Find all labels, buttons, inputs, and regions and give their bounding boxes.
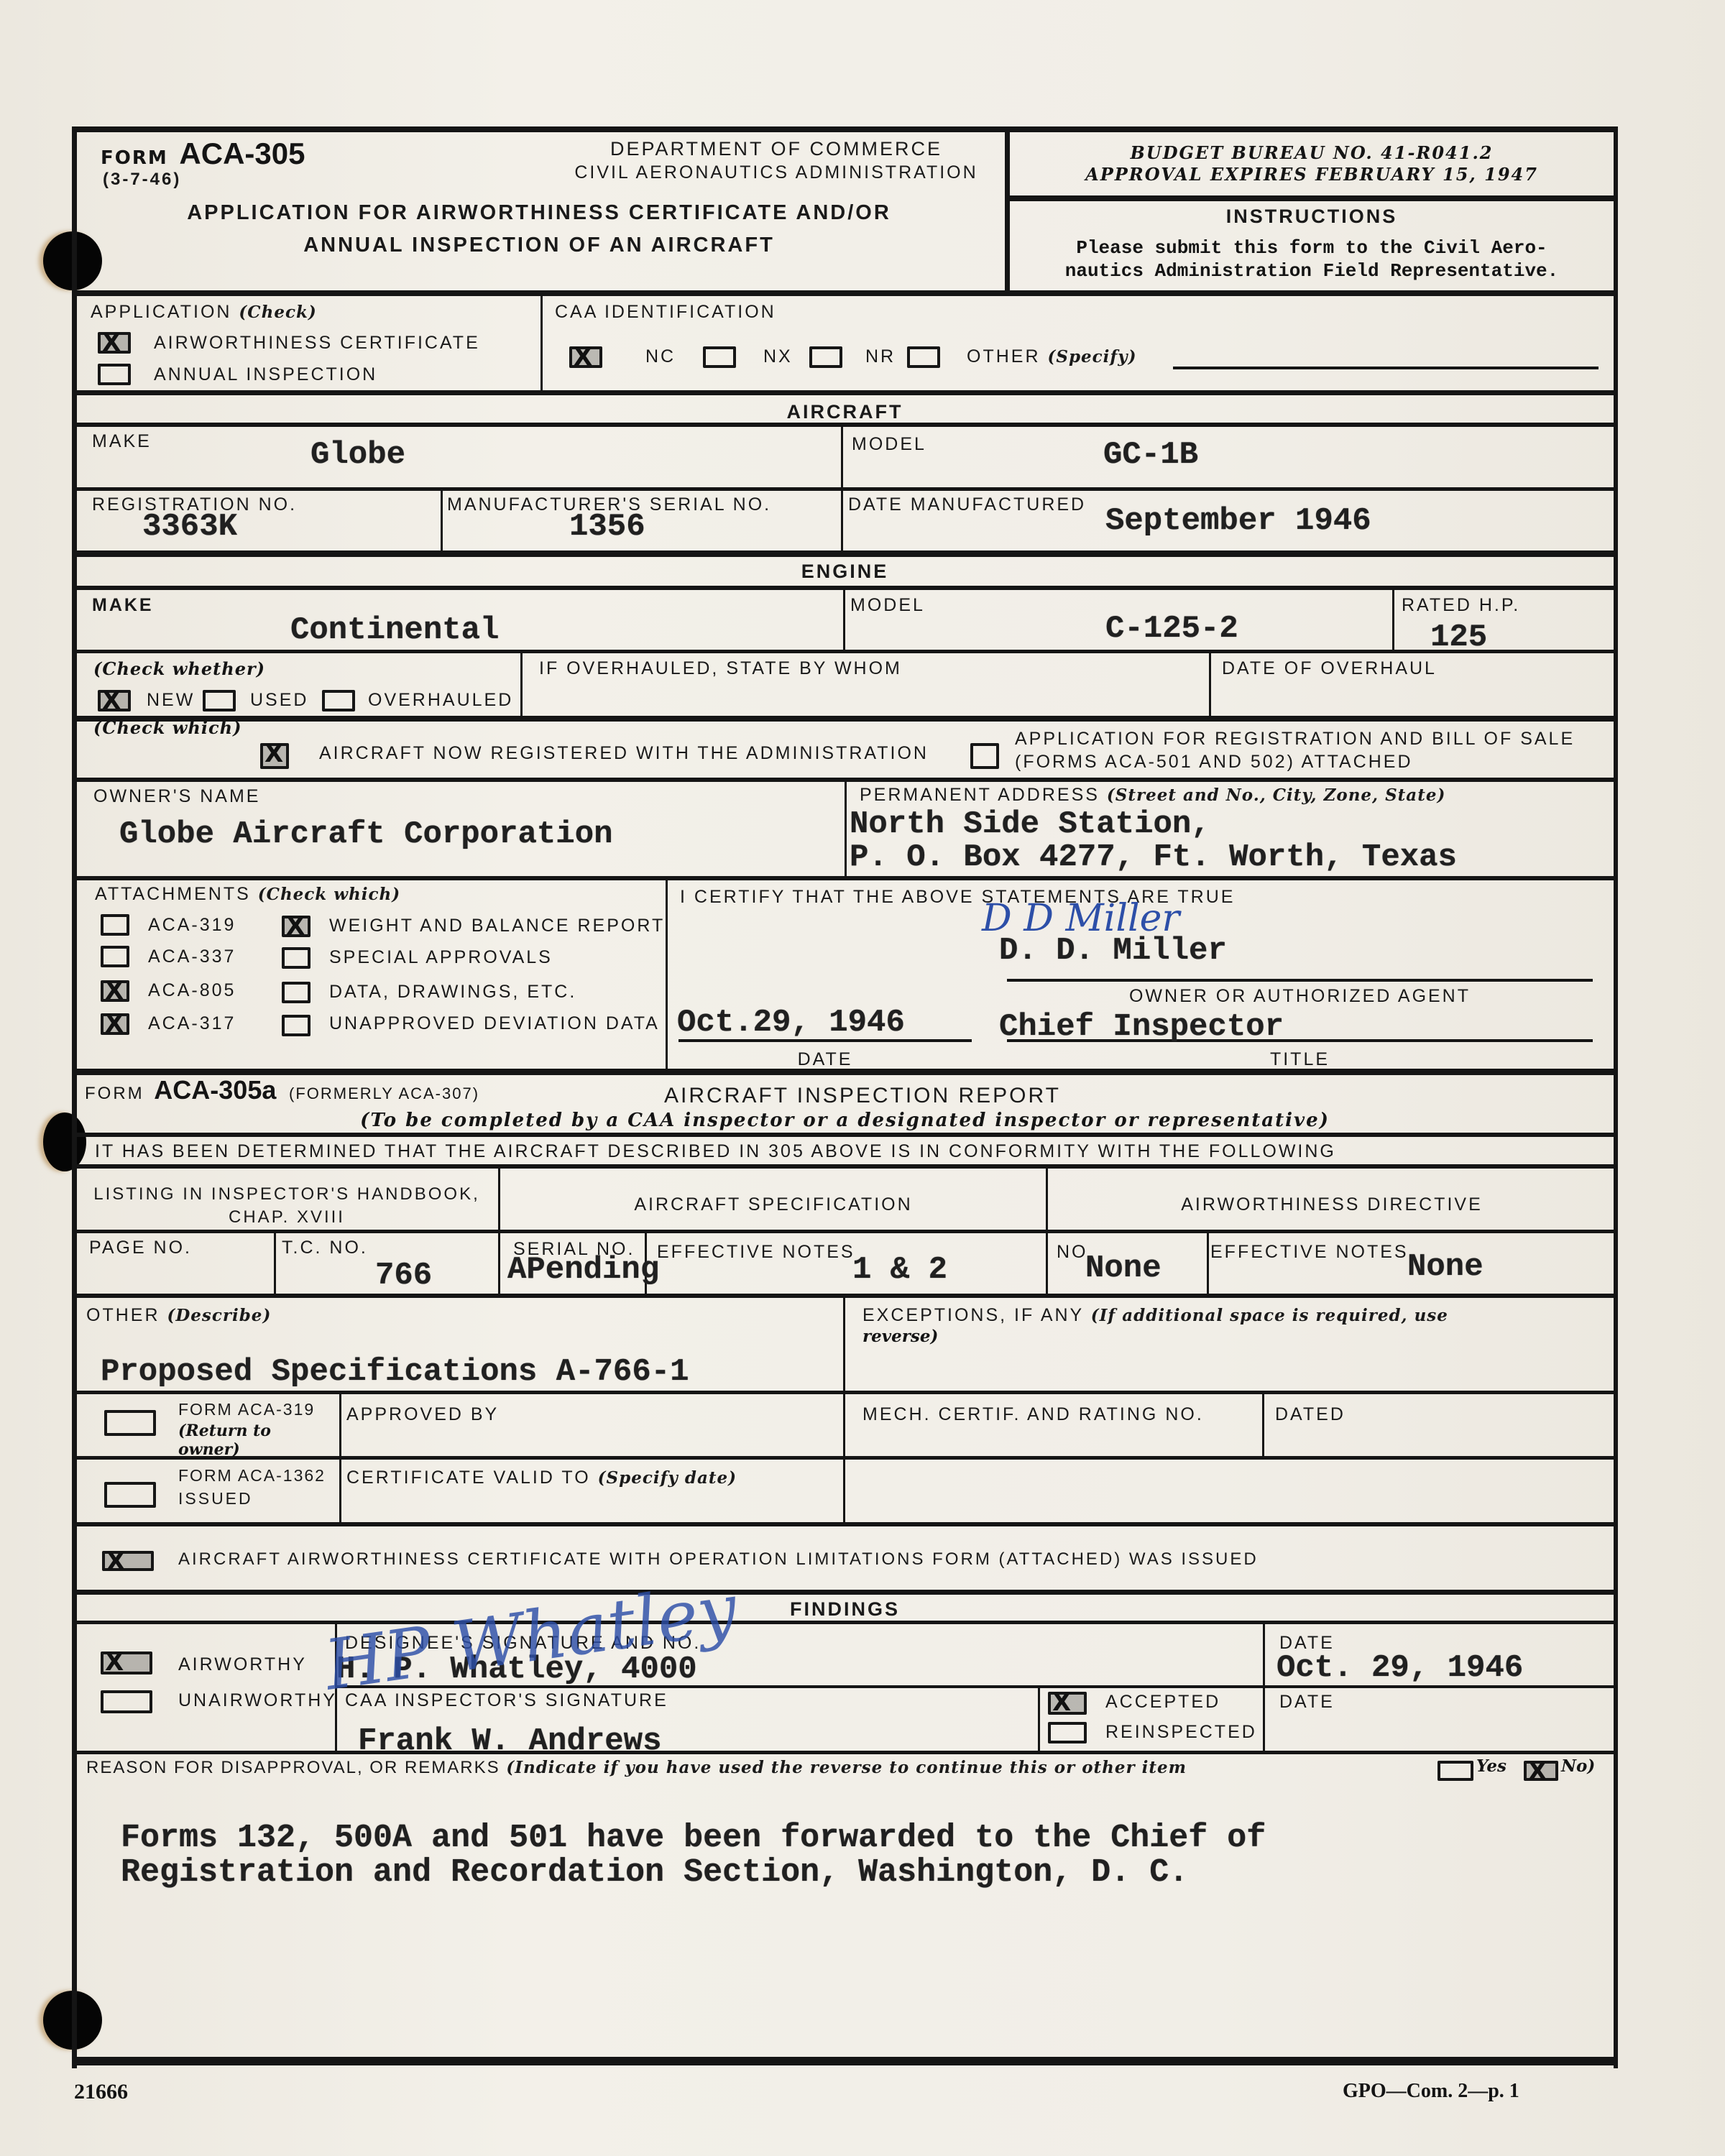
- other-value[interactable]: Proposed Specifications A-766-1: [101, 1354, 689, 1390]
- form-aca-319-label-1: FORM ACA-319: [178, 1400, 315, 1419]
- footer-right-code: GPO—Com. 2—p. 1: [1343, 2080, 1519, 2103]
- inspector-date-field[interactable]: [1272, 1713, 1603, 1746]
- reinspected-label: REINSPECTED: [1105, 1722, 1257, 1743]
- checkbox-unapproved-deviation[interactable]: [282, 1015, 310, 1036]
- checkbox-data-drawings[interactable]: [282, 982, 310, 1003]
- checkbox-special-approvals[interactable]: [282, 947, 310, 969]
- department-name: DEPARTMENT OF COMMERCE: [503, 138, 1049, 160]
- certification-title[interactable]: Chief Inspector: [999, 1009, 1284, 1045]
- label-hint: (Check which): [258, 885, 400, 904]
- checkbox-aca-805[interactable]: [101, 980, 129, 1002]
- attachment-aca-337: ACA-337: [148, 946, 236, 967]
- cert-valid-label: CERTIFICATE VALID TO (Specify date): [346, 1468, 737, 1488]
- rule: [72, 1391, 1618, 1394]
- checkbox-airworthiness-certificate[interactable]: [98, 332, 131, 354]
- mech-cert-field[interactable]: [848, 1426, 1258, 1455]
- attachment-special-approvals: SPECIAL APPROVALS: [329, 947, 553, 968]
- engine-model-value[interactable]: C-125-2: [1105, 611, 1238, 647]
- spec-serial-value[interactable]: APending: [507, 1252, 659, 1288]
- designee-date-value[interactable]: Oct. 29, 1946: [1276, 1650, 1523, 1686]
- checkbox-reverse-no[interactable]: [1524, 1761, 1558, 1781]
- checkbox-reverse-yes[interactable]: [1437, 1761, 1473, 1781]
- instructions-title: INSTRUCTIONS: [1010, 206, 1614, 228]
- rule: [72, 1751, 1618, 1754]
- checkbox-other[interactable]: [907, 346, 940, 368]
- operation-limitations-label: AIRCRAFT AIRWORTHINESS CERTIFICATE WITH …: [178, 1549, 1259, 1570]
- rule: [72, 1230, 1618, 1233]
- budget-divider: [1005, 195, 1618, 201]
- attachment-data-drawings: DATA, DRAWINGS, ETC.: [329, 982, 576, 1003]
- aircraft-make-value[interactable]: Globe: [310, 437, 405, 473]
- certification-date[interactable]: Oct.29, 1946: [677, 1005, 905, 1041]
- exceptions-hint-2: reverse): [862, 1327, 938, 1346]
- spec-notes-label: EFFECTIVE NOTES: [657, 1242, 855, 1263]
- remarks-label: REASON FOR DISAPPROVAL, OR REMARKS (Indi…: [86, 1758, 1187, 1778]
- tc-no-value[interactable]: 766: [375, 1258, 432, 1294]
- label-hint: (Describe): [167, 1306, 271, 1325]
- owner-name-label: OWNER'S NAME: [93, 786, 260, 807]
- page-no-field[interactable]: [75, 1259, 272, 1292]
- option-overhauled: OVERHAULED: [368, 690, 513, 711]
- airworthy-label: AIRWORTHY: [178, 1654, 307, 1675]
- rule: [72, 716, 1618, 722]
- bottom-frame: [72, 2057, 1618, 2065]
- rule: [1209, 651, 1211, 717]
- checkbox-aca-319[interactable]: [101, 914, 129, 936]
- address-line2[interactable]: P. O. Box 4277, Ft. Worth, Texas: [850, 839, 1457, 875]
- aircraft-spec-label: AIRCRAFT SPECIFICATION: [500, 1194, 1046, 1215]
- aircraft-model-label: MODEL: [852, 434, 926, 455]
- rule: [72, 876, 1618, 880]
- engine-make-label: MAKE: [92, 595, 154, 616]
- dated-field[interactable]: [1269, 1426, 1606, 1455]
- owner-name-value[interactable]: Globe Aircraft Corporation: [119, 816, 613, 852]
- form-id: FORM ACA-305: [101, 137, 305, 171]
- rule: [72, 487, 1618, 491]
- mech-cert-label: MECH. CERTIF. AND RATING NO.: [862, 1404, 1204, 1425]
- rule: [72, 1621, 1618, 1624]
- checkbox-used[interactable]: [203, 690, 236, 711]
- label-text: ATTACHMENTS: [95, 884, 251, 904]
- rule: [1007, 979, 1593, 982]
- agency-name: CIVIL AERONAUTICS ADMINISTRATION: [503, 162, 1049, 183]
- rule: [72, 1164, 1618, 1169]
- checkbox-weight-balance[interactable]: [282, 916, 310, 937]
- serial-no-value[interactable]: 1356: [569, 509, 645, 545]
- instructions-line1: Please submit this form to the Civil Aer…: [1010, 237, 1614, 259]
- checkbox-reinspected[interactable]: [1048, 1722, 1087, 1743]
- other-specify-field[interactable]: [1173, 344, 1598, 369]
- checkbox-nc[interactable]: [569, 346, 602, 368]
- label-text: PERMANENT ADDRESS: [860, 785, 1100, 805]
- checkbox-operation-limitations[interactable]: [102, 1551, 154, 1571]
- engine-condition-hint: (Check whether): [93, 658, 265, 679]
- checkbox-aca-337[interactable]: [101, 946, 129, 967]
- frame-top: [72, 126, 1618, 132]
- option-annual-inspection: ANNUAL INSPECTION: [154, 364, 377, 385]
- attachments-label: ATTACHMENTS (Check which): [95, 884, 400, 905]
- now-registered-label: AIRCRAFT NOW REGISTERED WITH THE ADMINIS…: [319, 743, 929, 764]
- exceptions-field[interactable]: [855, 1348, 1603, 1387]
- rule: [72, 650, 1618, 653]
- option-nc: NC: [645, 346, 676, 367]
- rule: [274, 1231, 276, 1297]
- approved-by-label: APPROVED BY: [346, 1404, 499, 1425]
- footer-left-code: 21666: [74, 2080, 128, 2104]
- instructions-line2: nautics Administration Field Representat…: [1010, 260, 1614, 282]
- rule: [845, 780, 847, 879]
- checkbox-annual-inspection[interactable]: [98, 364, 131, 385]
- registration-no-value[interactable]: 3363K: [142, 509, 237, 545]
- rule: [441, 489, 443, 552]
- checkbox-registration-application[interactable]: [970, 743, 999, 769]
- remarks-line2[interactable]: Registration and Recordation Section, Wa…: [121, 1854, 1188, 1891]
- overhaul-date-field[interactable]: [1222, 683, 1603, 711]
- checkbox-airworthy[interactable]: [101, 1651, 152, 1674]
- option-used: USED: [250, 690, 308, 711]
- owner-agent-label: OWNER OR AUTHORIZED AGENT: [1007, 986, 1593, 1007]
- option-nr: NR: [865, 346, 896, 367]
- rule: [72, 390, 1618, 395]
- checkbox-accepted[interactable]: [1048, 1692, 1087, 1715]
- option-nx: NX: [763, 346, 793, 367]
- label-hint: (Specify date): [598, 1468, 737, 1488]
- handbook-label-2: CHAP. XVIII: [75, 1207, 499, 1227]
- registration-check-hint: (Check which): [93, 717, 241, 738]
- label-hint: (Street and No., City, Zone, State): [1107, 786, 1445, 805]
- formerly-note: (FORMERLY ACA-307): [289, 1084, 479, 1102]
- address-line1[interactable]: North Side Station,: [850, 806, 1210, 842]
- signer-name[interactable]: D. D. Miller: [999, 933, 1227, 969]
- form-number: ACA-305: [179, 137, 305, 170]
- budget-bureau-line2: APPROVAL EXPIRES FEBRUARY 15, 1947: [1010, 164, 1614, 185]
- conformity-statement: IT HAS BEEN DETERMINED THAT THE AIRCRAFT…: [95, 1141, 1336, 1162]
- label-text: OTHER: [86, 1305, 160, 1325]
- caa-identification-label: CAA IDENTIFICATION: [555, 302, 776, 323]
- rule: [72, 1522, 1618, 1526]
- engine-section-title: ENGINE: [72, 561, 1618, 583]
- form-aca-1362-label-2: ISSUED: [178, 1489, 253, 1508]
- checkbox-nx[interactable]: [703, 346, 736, 368]
- header-bottom: [72, 290, 1618, 296]
- rule: [1038, 1687, 1040, 1754]
- rule: [72, 1456, 1618, 1460]
- option-airworthiness-certificate: AIRWORTHINESS CERTIFICATE: [154, 333, 480, 354]
- findings-section-title: FINDINGS: [72, 1598, 1618, 1621]
- aircraft-model-value[interactable]: GC-1B: [1103, 437, 1198, 473]
- label-text: OTHER: [967, 346, 1041, 367]
- date-manufactured-value[interactable]: September 1946: [1105, 503, 1371, 539]
- form-title-line1: APPLICATION FOR AIRWORTHINESS CERTIFICAT…: [108, 201, 970, 225]
- label-text: CERTIFICATE VALID TO: [346, 1468, 591, 1488]
- rule: [843, 588, 845, 653]
- checkbox-new[interactable]: [98, 690, 131, 711]
- inspection-form-id: FORM ACA-305a (FORMERLY ACA-307): [85, 1075, 479, 1105]
- dated-label: DATED: [1275, 1404, 1345, 1425]
- overhaul-date-label: DATE OF OVERHAUL: [1222, 658, 1437, 679]
- permanent-address-label: PERMANENT ADDRESS (Street and No., City,…: [860, 785, 1445, 806]
- attachment-aca-317: ACA-317: [148, 1013, 236, 1034]
- budget-bureau-line1: BUDGET BUREAU NO. 41-R041.2: [1010, 142, 1614, 163]
- form-aca-1362-label-1: FORM ACA-1362: [178, 1466, 326, 1485]
- ad-label: AIRWORTHINESS DIRECTIVE: [1048, 1194, 1616, 1215]
- application-label: APPLICATION (Check): [91, 302, 317, 323]
- inspector-date-label: DATE: [1279, 1692, 1335, 1713]
- engine-make-value[interactable]: Continental: [290, 612, 499, 648]
- label-hint: (Specify): [1047, 347, 1136, 367]
- rule: [1263, 1623, 1265, 1754]
- form-aca-319-label-3: owner): [178, 1440, 240, 1459]
- attachment-aca-805: ACA-805: [148, 980, 236, 1001]
- option-other: OTHER (Specify): [967, 346, 1137, 367]
- exceptions-label: EXCEPTIONS, IF ANY (If additional space …: [862, 1305, 1448, 1326]
- label-text: EXCEPTIONS, IF ANY: [862, 1305, 1084, 1325]
- aircraft-make-label: MAKE: [92, 431, 152, 452]
- checkbox-form-aca-1362[interactable]: [104, 1482, 156, 1508]
- reverse-no-label: No): [1561, 1756, 1595, 1776]
- form-aca-319-label-2: (Return to: [178, 1422, 271, 1440]
- inspection-report-subtitle: (To be completed by a CAA inspector or a…: [72, 1110, 1618, 1131]
- cert-valid-field[interactable]: [345, 1489, 1603, 1519]
- reverse-yes-label: Yes: [1476, 1756, 1506, 1776]
- date-manufactured-label: DATE MANUFACTURED: [848, 494, 1086, 515]
- rule: [72, 1590, 1618, 1595]
- page-no-label: PAGE NO.: [89, 1238, 192, 1258]
- form-prefix: FORM: [85, 1084, 144, 1103]
- label-hint: (If additional space is required, use: [1091, 1306, 1448, 1325]
- accepted-label: ACCEPTED: [1105, 1692, 1220, 1713]
- caa-inspector-value[interactable]: Frank W. Andrews: [358, 1723, 661, 1759]
- app-caa-divider: [540, 293, 543, 392]
- ad-notes-value[interactable]: None: [1407, 1249, 1483, 1285]
- rule: [1207, 1231, 1209, 1297]
- checkbox-aca-317[interactable]: [101, 1013, 129, 1035]
- option-new: NEW: [147, 690, 195, 711]
- label-text: APPLICATION: [91, 302, 231, 322]
- checkbox-overhauled[interactable]: [322, 690, 355, 711]
- caa-inspector-signature-label: CAA INSPECTOR'S SIGNATURE: [345, 1690, 668, 1711]
- rated-hp-label: RATED H.P.: [1402, 595, 1520, 616]
- aircraft-section-title: AIRCRAFT: [72, 401, 1618, 423]
- checkbox-unairworthy[interactable]: [101, 1690, 152, 1713]
- form-title-line2: ANNUAL INSPECTION OF AN AIRCRAFT: [108, 234, 970, 257]
- checkbox-form-aca-319[interactable]: [104, 1410, 156, 1436]
- rule: [666, 878, 668, 1071]
- form-revision-date: (3-7-46): [103, 170, 181, 190]
- inspection-report-title: AIRCRAFT INSPECTION REPORT: [503, 1084, 1222, 1108]
- engine-model-label: MODEL: [850, 595, 925, 616]
- rule: [1392, 588, 1394, 653]
- overhauled-by-label: IF OVERHAULED, STATE BY WHOM: [539, 658, 902, 679]
- handbook-label-1: LISTING IN INSPECTOR'S HANDBOOK,: [75, 1184, 499, 1204]
- attachment-aca-319: ACA-319: [148, 915, 236, 936]
- unairworthy-label: UNAIRWORTHY: [178, 1690, 337, 1711]
- ad-no-value[interactable]: None: [1085, 1250, 1161, 1286]
- checkbox-nr[interactable]: [809, 346, 842, 368]
- attachment-weight-balance: WEIGHT AND BALANCE REPORT: [329, 916, 665, 936]
- remarks-line1[interactable]: Forms 132, 500A and 501 have been forwar…: [121, 1820, 1266, 1856]
- form-prefix: FORM: [101, 147, 168, 169]
- rated-hp-value[interactable]: 125: [1430, 619, 1487, 655]
- rule: [72, 1133, 1618, 1137]
- attachment-unapproved-deviation: UNAPPROVED DEVIATION DATA: [329, 1013, 660, 1034]
- approved-by-field[interactable]: [345, 1426, 841, 1455]
- label-hint: (Check): [239, 303, 316, 322]
- label-text: REASON FOR DISAPPROVAL, OR REMARKS: [86, 1758, 500, 1777]
- registration-application-label-2: (FORMS ACA-501 AND 502) ATTACHED: [1015, 752, 1413, 773]
- rule: [1262, 1392, 1264, 1458]
- rule: [72, 550, 1618, 557]
- rule: [520, 651, 523, 717]
- checkbox-now-registered[interactable]: [260, 743, 289, 769]
- label-hint: (Indicate if you have used the reverse t…: [506, 1758, 1187, 1777]
- certification-title-label: TITLE: [1007, 1049, 1593, 1070]
- tc-no-label: T.C. NO.: [282, 1238, 368, 1258]
- form-number: ACA-305a: [154, 1075, 276, 1105]
- ad-notes-label: EFFECTIVE NOTES: [1210, 1242, 1409, 1263]
- spec-notes-value[interactable]: 1 & 2: [852, 1252, 947, 1288]
- overhauled-by-field[interactable]: [535, 683, 1197, 711]
- registration-application-label-1: APPLICATION FOR REGISTRATION AND BILL OF…: [1015, 729, 1575, 750]
- certification-date-label: DATE: [678, 1049, 972, 1070]
- other-label: OTHER (Describe): [86, 1305, 271, 1326]
